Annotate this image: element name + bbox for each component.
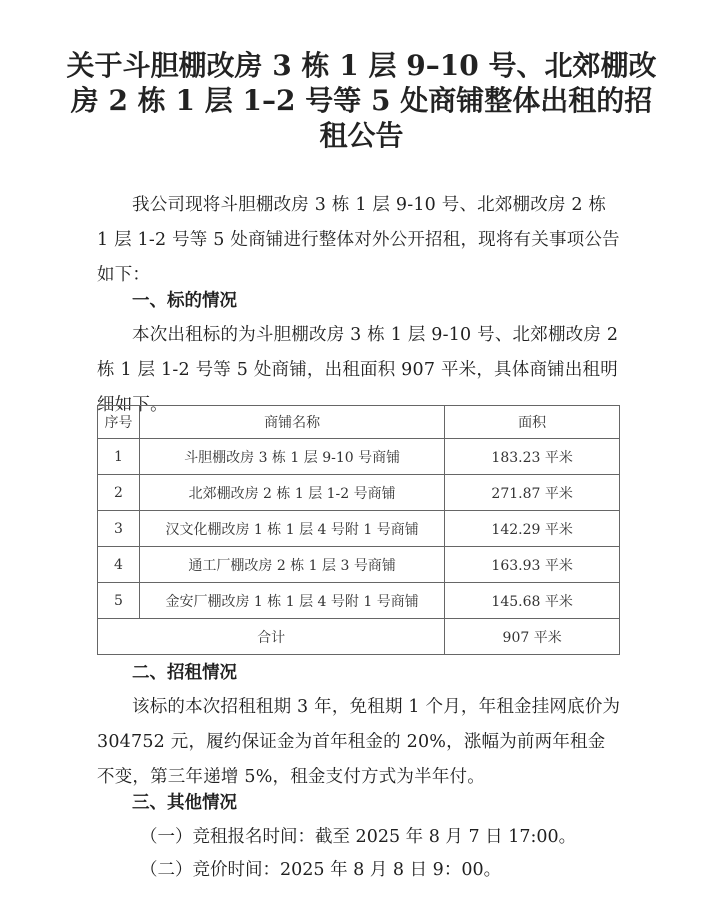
cell-area: 183.23 平米	[445, 439, 620, 475]
intro-paragraph: 我公司现将斗胆棚改房 3 栋 1 层 9-10 号、北郊棚改房 2 栋 1 层 …	[97, 188, 621, 293]
section-heading-other: 三、其他情况	[132, 786, 237, 821]
table-row: 1 斗胆棚改房 3 栋 1 层 9-10 号商铺 183.23 平米	[98, 439, 620, 475]
table-total-row: 合计 907 平米	[98, 619, 620, 655]
cell-area: 145.68 平米	[445, 583, 620, 619]
table-row: 3 汉文化棚改房 1 栋 1 层 4 号附 1 号商铺 142.29 平米	[98, 511, 620, 547]
shop-table: 序号 商铺名称 面积 1 斗胆棚改房 3 栋 1 层 9-10 号商铺 183.…	[97, 405, 620, 655]
total-label: 合计	[98, 619, 445, 655]
cell-area: 271.87 平米	[445, 475, 620, 511]
cell-no: 2	[98, 475, 140, 511]
section-body-leasing: 该标的本次招租租期 3 年，免租期 1 个月，年租金挂网底价为 304752 元…	[97, 690, 621, 795]
section-heading-leasing: 二、招租情况	[132, 656, 237, 691]
header-name: 商铺名称	[139, 406, 444, 439]
cell-name: 金安厂棚改房 1 栋 1 层 4 号附 1 号商铺	[139, 583, 444, 619]
header-area: 面积	[445, 406, 620, 439]
cell-name: 北郊棚改房 2 栋 1 层 1-2 号商铺	[139, 475, 444, 511]
cell-no: 4	[98, 547, 140, 583]
section-heading-subject: 一、标的情况	[132, 284, 237, 319]
table-row: 4 通工厂棚改房 2 栋 1 层 3 号商铺 163.93 平米	[98, 547, 620, 583]
cell-name: 汉文化棚改房 1 栋 1 层 4 号附 1 号商铺	[139, 511, 444, 547]
table-row: 5 金安厂棚改房 1 栋 1 层 4 号附 1 号商铺 145.68 平米	[98, 583, 620, 619]
header-no: 序号	[98, 406, 140, 439]
cell-name: 斗胆棚改房 3 栋 1 层 9-10 号商铺	[139, 439, 444, 475]
bidding-time: （二）竞价时间：2025 年 8 月 8 日 9：00。	[140, 853, 501, 888]
table-row: 2 北郊棚改房 2 栋 1 层 1-2 号商铺 271.87 平米	[98, 475, 620, 511]
cell-no: 3	[98, 511, 140, 547]
registration-time: （一）竞租报名时间：截至 2025 年 8 月 7 日 17:00。	[140, 820, 576, 855]
cell-name: 通工厂棚改房 2 栋 1 层 3 号商铺	[139, 547, 444, 583]
total-area: 907 平米	[445, 619, 620, 655]
page-title: 关于斗胆棚改房 3 栋 1 层 9–10 号、北郊棚改房 2 栋 1 层 1–2…	[60, 48, 663, 153]
cell-no: 1	[98, 439, 140, 475]
table-header-row: 序号 商铺名称 面积	[98, 406, 620, 439]
cell-area: 142.29 平米	[445, 511, 620, 547]
cell-no: 5	[98, 583, 140, 619]
cell-area: 163.93 平米	[445, 547, 620, 583]
